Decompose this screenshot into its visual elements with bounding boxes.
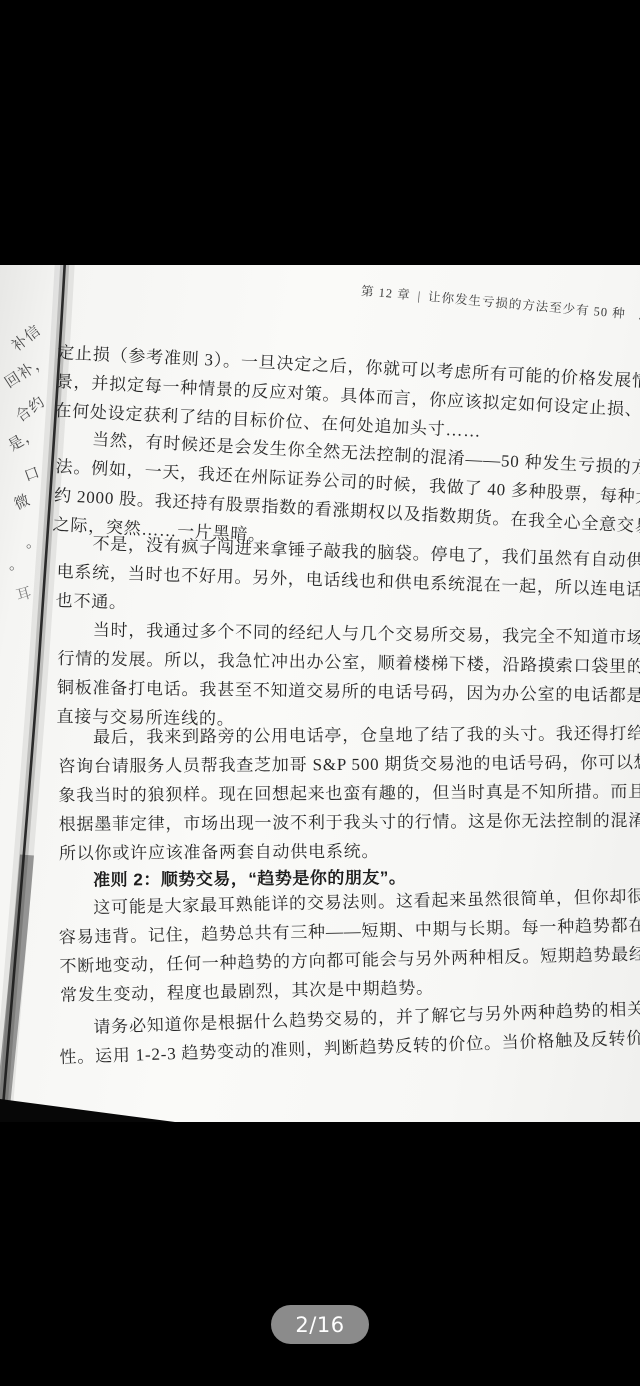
header-divider: | [417,289,422,303]
image-viewer-backdrop: 补信 回补， 合约 是， 口 微 。 。 耳 第 12 章|让你发生亏损的方法至… [0,0,640,1386]
page-bottom-corner-shadow [0,1099,175,1122]
header-chapter: 第 12 章 [361,284,412,302]
page-indicator-pill: 2/16 [271,1305,369,1344]
adjacent-page-fragment: 。 [26,531,42,552]
text-line: 咨询台请服务人员帮我查芝加哥 S&P 500 期货交易池的电话号码，你可以想 [58,748,632,781]
adjacent-page-fragment: 。 [9,553,25,574]
book-page-photo[interactable]: 补信 回补， 合约 是， 口 微 。 。 耳 第 12 章|让你发生亏损的方法至… [0,265,640,1122]
text-line: 最后，我来到路旁的公用电话亭，仓皇地了结了我的头寸。我还得打给 [58,719,632,752]
page-indicator-label: 2/16 [295,1313,344,1337]
paragraph: 这可能是大家最耳熟能详的交易法则。这看起来虽然很简单，但你却很 容易违背。记住，… [58,882,634,1010]
text-line: 象我当时的狼狈样。现在回想起来也蛮有趣的，但当时真是不知所措。而且， [58,777,632,810]
paragraph: 最后，我来到路旁的公用电话亭，仓皇地了结了我的头寸。我还得打给 咨询台请服务人员… [58,719,633,868]
text-line: 根据墨菲定律，市场出现一波不利于我头寸的行情。这是你无法控制的混淆， [59,806,633,839]
